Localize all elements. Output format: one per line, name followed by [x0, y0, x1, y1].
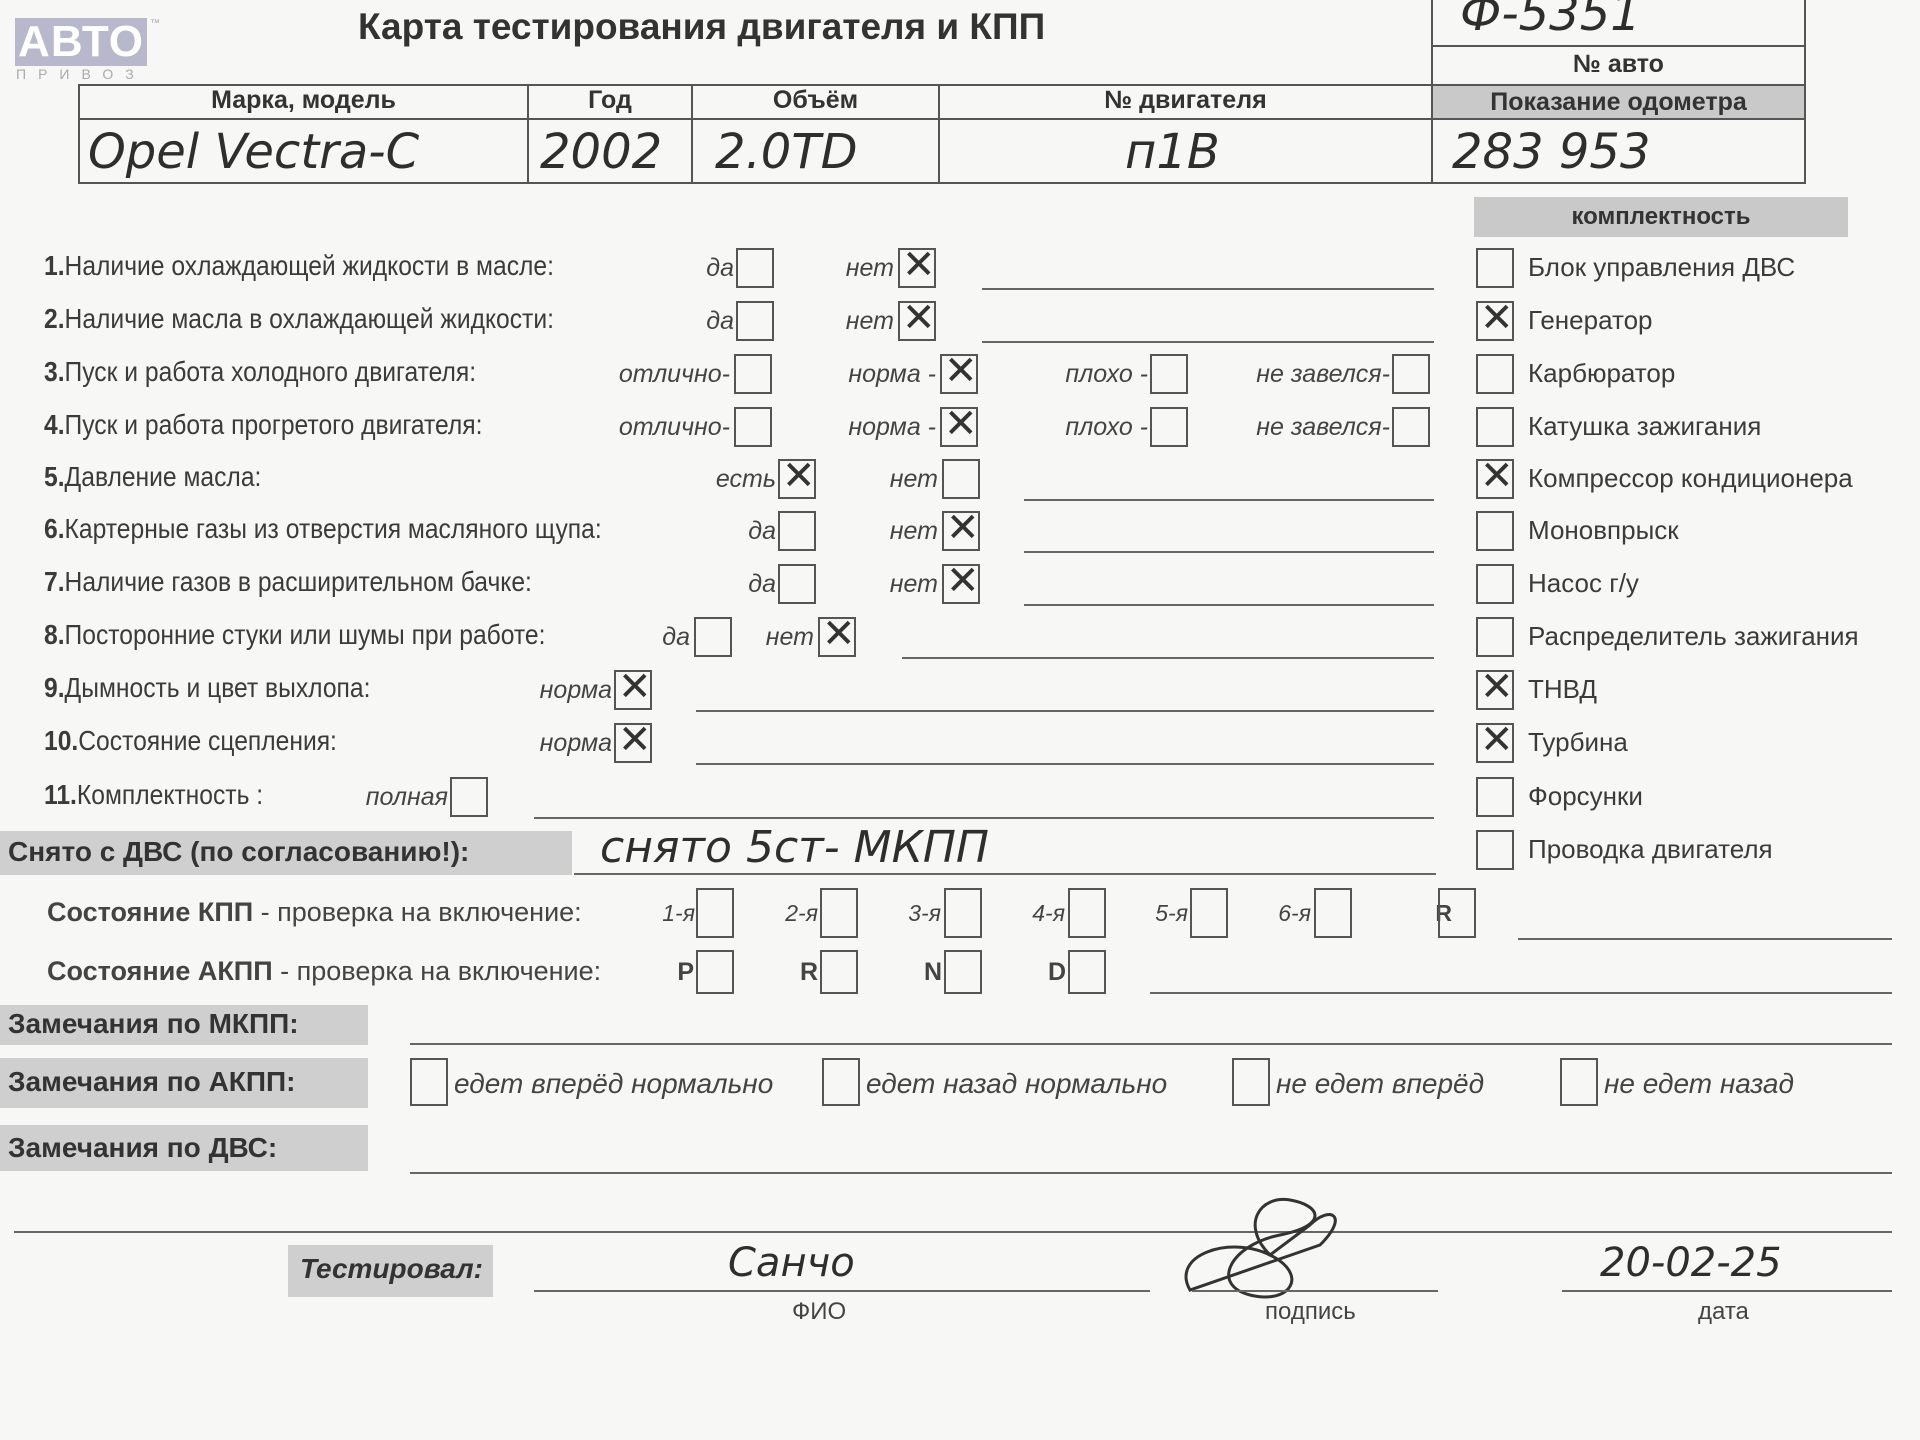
question-text: 2.Наличие масла в охлаждающей жидкости: — [44, 303, 554, 335]
option-label: норма — [540, 729, 612, 758]
question-text: 3.Пуск и работа холодного двигателя: — [44, 356, 476, 388]
option-checkbox[interactable] — [940, 354, 978, 394]
logo-subtitle: ПРИВОЗ — [16, 66, 146, 82]
akpp-remark-label: едет назад нормально — [866, 1068, 1167, 1100]
completeness-label: Распределитель зажигания — [1528, 621, 1859, 652]
question-text: 7.Наличие газов в расширительном бачке: — [44, 566, 532, 598]
date-line — [1562, 1290, 1892, 1292]
completeness-label: Форсунки — [1528, 781, 1643, 812]
remarks-mkpp-label: Замечания по МКПП: — [8, 1008, 299, 1040]
signature-caption: подпись — [1265, 1298, 1356, 1326]
option-checkbox[interactable] — [778, 511, 816, 551]
akpp-gear-checkbox[interactable] — [944, 950, 982, 994]
removed-value[interactable]: снято 5ст- МКПП — [600, 822, 989, 873]
akpp-gear-checkbox[interactable] — [820, 950, 858, 994]
completeness-checkbox[interactable] — [1476, 407, 1514, 447]
question-text: 11.Комплектность : — [44, 779, 263, 811]
question-text: 8.Посторонние стуки или шумы при работе: — [44, 619, 545, 651]
akpp-gear-label: D — [1048, 958, 1066, 987]
signature-scribble[interactable] — [1170, 1195, 1420, 1315]
completeness-label: Проводка двигателя — [1528, 834, 1773, 865]
question-notes-line[interactable] — [1024, 551, 1434, 553]
option-checkbox[interactable] — [614, 670, 652, 710]
question-text: 9.Дымность и цвет выхлопа: — [44, 672, 370, 704]
option-checkbox[interactable] — [942, 511, 980, 551]
option-label: да — [706, 307, 734, 336]
akpp-label-rest: - проверка на включение: — [273, 956, 602, 986]
option-label: да — [748, 517, 776, 546]
odometer-label: Показание одометра — [1433, 88, 1804, 117]
name-line — [534, 1290, 1150, 1292]
option-label: отлично- — [619, 360, 730, 389]
remarks-dvs-label: Замечания по ДВС: — [8, 1132, 277, 1164]
option-checkbox[interactable] — [450, 777, 488, 817]
akpp-remark-checkbox[interactable] — [1560, 1058, 1598, 1106]
completeness-label: ТНВД — [1528, 674, 1597, 705]
column-year: Год — [529, 86, 691, 115]
completeness-checkbox[interactable] — [1476, 617, 1514, 657]
completeness-checkbox[interactable] — [1476, 511, 1514, 551]
option-label: нет — [846, 307, 894, 336]
question-notes-line[interactable] — [982, 288, 1434, 290]
option-checkbox[interactable] — [614, 723, 652, 763]
option-checkbox[interactable] — [736, 301, 774, 341]
akpp-label-bold: Состояние АКПП — [47, 956, 273, 986]
completeness-checkbox[interactable] — [1476, 459, 1514, 499]
akpp-gear-checkbox[interactable] — [1068, 950, 1106, 994]
option-label: отлично- — [619, 413, 730, 442]
akpp-remark-label: не едет назад — [1604, 1068, 1794, 1100]
signature-line — [1192, 1290, 1438, 1292]
akpp-remark-checkbox[interactable] — [1232, 1058, 1270, 1106]
tester-name-value[interactable]: Санчо — [728, 1240, 855, 1286]
option-label: не завелся- — [1256, 360, 1390, 389]
option-label: норма - — [848, 413, 936, 442]
question-text: 10.Состояние сцепления: — [44, 725, 337, 757]
option-label: есть — [716, 465, 776, 494]
car-number-label: № авто — [1433, 50, 1804, 79]
option-label: норма - — [848, 360, 936, 389]
option-checkbox[interactable] — [1150, 407, 1188, 447]
engine-number-value[interactable]: п1В — [1125, 124, 1220, 180]
completeness-checkbox[interactable] — [1476, 670, 1514, 710]
remarks-extra-line — [14, 1231, 1892, 1233]
remarks-dvs-line — [410, 1172, 1892, 1174]
kpp-label-rest: - проверка на включение: — [253, 897, 582, 927]
kpp-gear-label: 2-я — [785, 900, 818, 927]
option-label: не завелся- — [1256, 413, 1390, 442]
completeness-label: Генератор — [1528, 305, 1653, 336]
option-label: нет — [890, 465, 938, 494]
volume-value[interactable]: 2.0TD — [715, 124, 858, 180]
kpp-gear-checkbox[interactable] — [944, 888, 982, 938]
option-label: нет — [890, 570, 938, 599]
option-label: да — [662, 623, 690, 652]
kpp-gear-label: 3-я — [908, 900, 941, 927]
remarks-mkpp-line — [410, 1043, 1892, 1045]
completeness-checkbox[interactable] — [1476, 830, 1514, 870]
year-value[interactable]: 2002 — [540, 124, 662, 180]
question-text: 1.Наличие охлаждающей жидкости в масле: — [44, 250, 554, 282]
completeness-label: Моновпрыск — [1528, 515, 1679, 546]
column-volume: Объём — [693, 86, 938, 115]
akpp-label: Состояние АКПП - проверка на включение: — [47, 956, 601, 987]
column-engine-number: № двигателя — [940, 86, 1431, 115]
kpp-gear-label: 1-я — [662, 900, 695, 927]
question-notes-line[interactable] — [534, 817, 1434, 819]
akpp-remark-checkbox[interactable] — [410, 1058, 448, 1106]
completeness-label: Турбина — [1528, 727, 1628, 758]
question-notes-line[interactable] — [982, 341, 1434, 343]
completeness-checkbox[interactable] — [1476, 564, 1514, 604]
tested-by-label: Тестировал: — [300, 1253, 483, 1285]
column-make-model: Марка, модель — [80, 86, 527, 115]
completeness-label: Насос г/у — [1528, 568, 1639, 599]
date-caption: дата — [1698, 1298, 1749, 1326]
question-notes-line[interactable] — [696, 763, 1434, 765]
question-notes-line[interactable] — [1024, 499, 1434, 501]
logo: АВТО — [15, 18, 147, 66]
kpp-gear-label: 5-я — [1155, 900, 1188, 927]
kpp-gear-checkbox[interactable] — [1438, 888, 1476, 938]
option-label: да — [706, 254, 734, 283]
option-label: плохо - — [1065, 360, 1148, 389]
option-checkbox[interactable] — [1150, 354, 1188, 394]
option-label: норма — [540, 676, 612, 705]
remarks-akpp-label: Замечания по АКПП: — [8, 1066, 295, 1098]
option-checkbox[interactable] — [736, 248, 774, 288]
kpp-underline — [1518, 938, 1892, 940]
option-label: плохо - — [1065, 413, 1148, 442]
completeness-checkbox[interactable] — [1476, 248, 1514, 288]
page-title: Карта тестирования двигателя и КПП — [358, 6, 1045, 48]
option-checkbox[interactable] — [940, 407, 978, 447]
question-text: 6.Картерные газы из отверстия масляного … — [44, 513, 602, 545]
name-caption: ФИО — [792, 1298, 846, 1326]
option-checkbox[interactable] — [778, 459, 816, 499]
akpp-gear-checkbox[interactable] — [696, 950, 734, 994]
question-notes-line[interactable] — [902, 657, 1434, 659]
kpp-gear-label: 6-я — [1278, 900, 1311, 927]
make-model-value[interactable]: Opel Vectra-C — [88, 124, 419, 180]
kpp-gear-checkbox[interactable] — [1068, 888, 1106, 938]
option-checkbox[interactable] — [778, 564, 816, 604]
akpp-remark-label: не едет вперёд — [1276, 1068, 1484, 1100]
question-text: 4.Пуск и работа прогретого двигателя: — [44, 409, 482, 441]
option-checkbox[interactable] — [1392, 354, 1430, 394]
akpp-gear-label: P — [677, 958, 694, 987]
odometer-value[interactable]: 283 953 — [1452, 124, 1651, 180]
option-checkbox[interactable] — [734, 407, 772, 447]
option-checkbox[interactable] — [1392, 407, 1430, 447]
removed-label: Снято с ДВС (по согласованию!): — [8, 836, 469, 868]
akpp-gear-label: R — [800, 958, 818, 987]
question-notes-line[interactable] — [1024, 604, 1434, 606]
kpp-gear-checkbox[interactable] — [1314, 888, 1352, 938]
option-label: полная — [366, 783, 448, 812]
completeness-checkbox[interactable] — [1476, 301, 1514, 341]
logo-trademark: ™ — [150, 18, 160, 29]
completeness-checkbox[interactable] — [1476, 354, 1514, 394]
option-checkbox[interactable] — [694, 617, 732, 657]
akpp-remark-checkbox[interactable] — [822, 1058, 860, 1106]
option-checkbox[interactable] — [898, 248, 936, 288]
option-label: нет — [766, 623, 814, 652]
akpp-remark-label: едет вперёд нормально — [454, 1068, 773, 1100]
option-checkbox[interactable] — [818, 617, 856, 657]
option-checkbox[interactable] — [942, 564, 980, 604]
kpp-gear-checkbox[interactable] — [696, 888, 734, 938]
completeness-label: Компрессор кондиционера — [1528, 463, 1853, 494]
akpp-underline — [1150, 992, 1892, 994]
option-checkbox[interactable] — [734, 354, 772, 394]
kpp-label-bold: Состояние КПП — [47, 897, 253, 927]
car-number-value[interactable]: Ф-5351 — [1460, 0, 1641, 42]
completeness-label: Карбюратор — [1528, 358, 1675, 389]
removed-underline — [574, 873, 1436, 875]
question-text: 5.Давление масла: — [44, 461, 261, 493]
completeness-checkbox[interactable] — [1476, 777, 1514, 817]
completeness-label: Катушка зажигания — [1528, 411, 1761, 442]
option-label: да — [748, 570, 776, 599]
kpp-gear-label: 4-я — [1032, 900, 1065, 927]
completeness-label: Блок управления ДВС — [1528, 252, 1795, 283]
kpp-gear-checkbox[interactable] — [1190, 888, 1228, 938]
question-notes-line[interactable] — [696, 710, 1434, 712]
date-value[interactable]: 20-02-25 — [1600, 1240, 1782, 1286]
kpp-label: Состояние КПП - проверка на включение: — [47, 897, 582, 928]
completeness-checkbox[interactable] — [1476, 723, 1514, 763]
akpp-gear-label: N — [924, 958, 942, 987]
completeness-title: комплектность — [1474, 203, 1848, 231]
kpp-gear-checkbox[interactable] — [820, 888, 858, 938]
option-checkbox[interactable] — [942, 459, 980, 499]
option-label: нет — [846, 254, 894, 283]
option-checkbox[interactable] — [898, 301, 936, 341]
option-label: нет — [890, 517, 938, 546]
